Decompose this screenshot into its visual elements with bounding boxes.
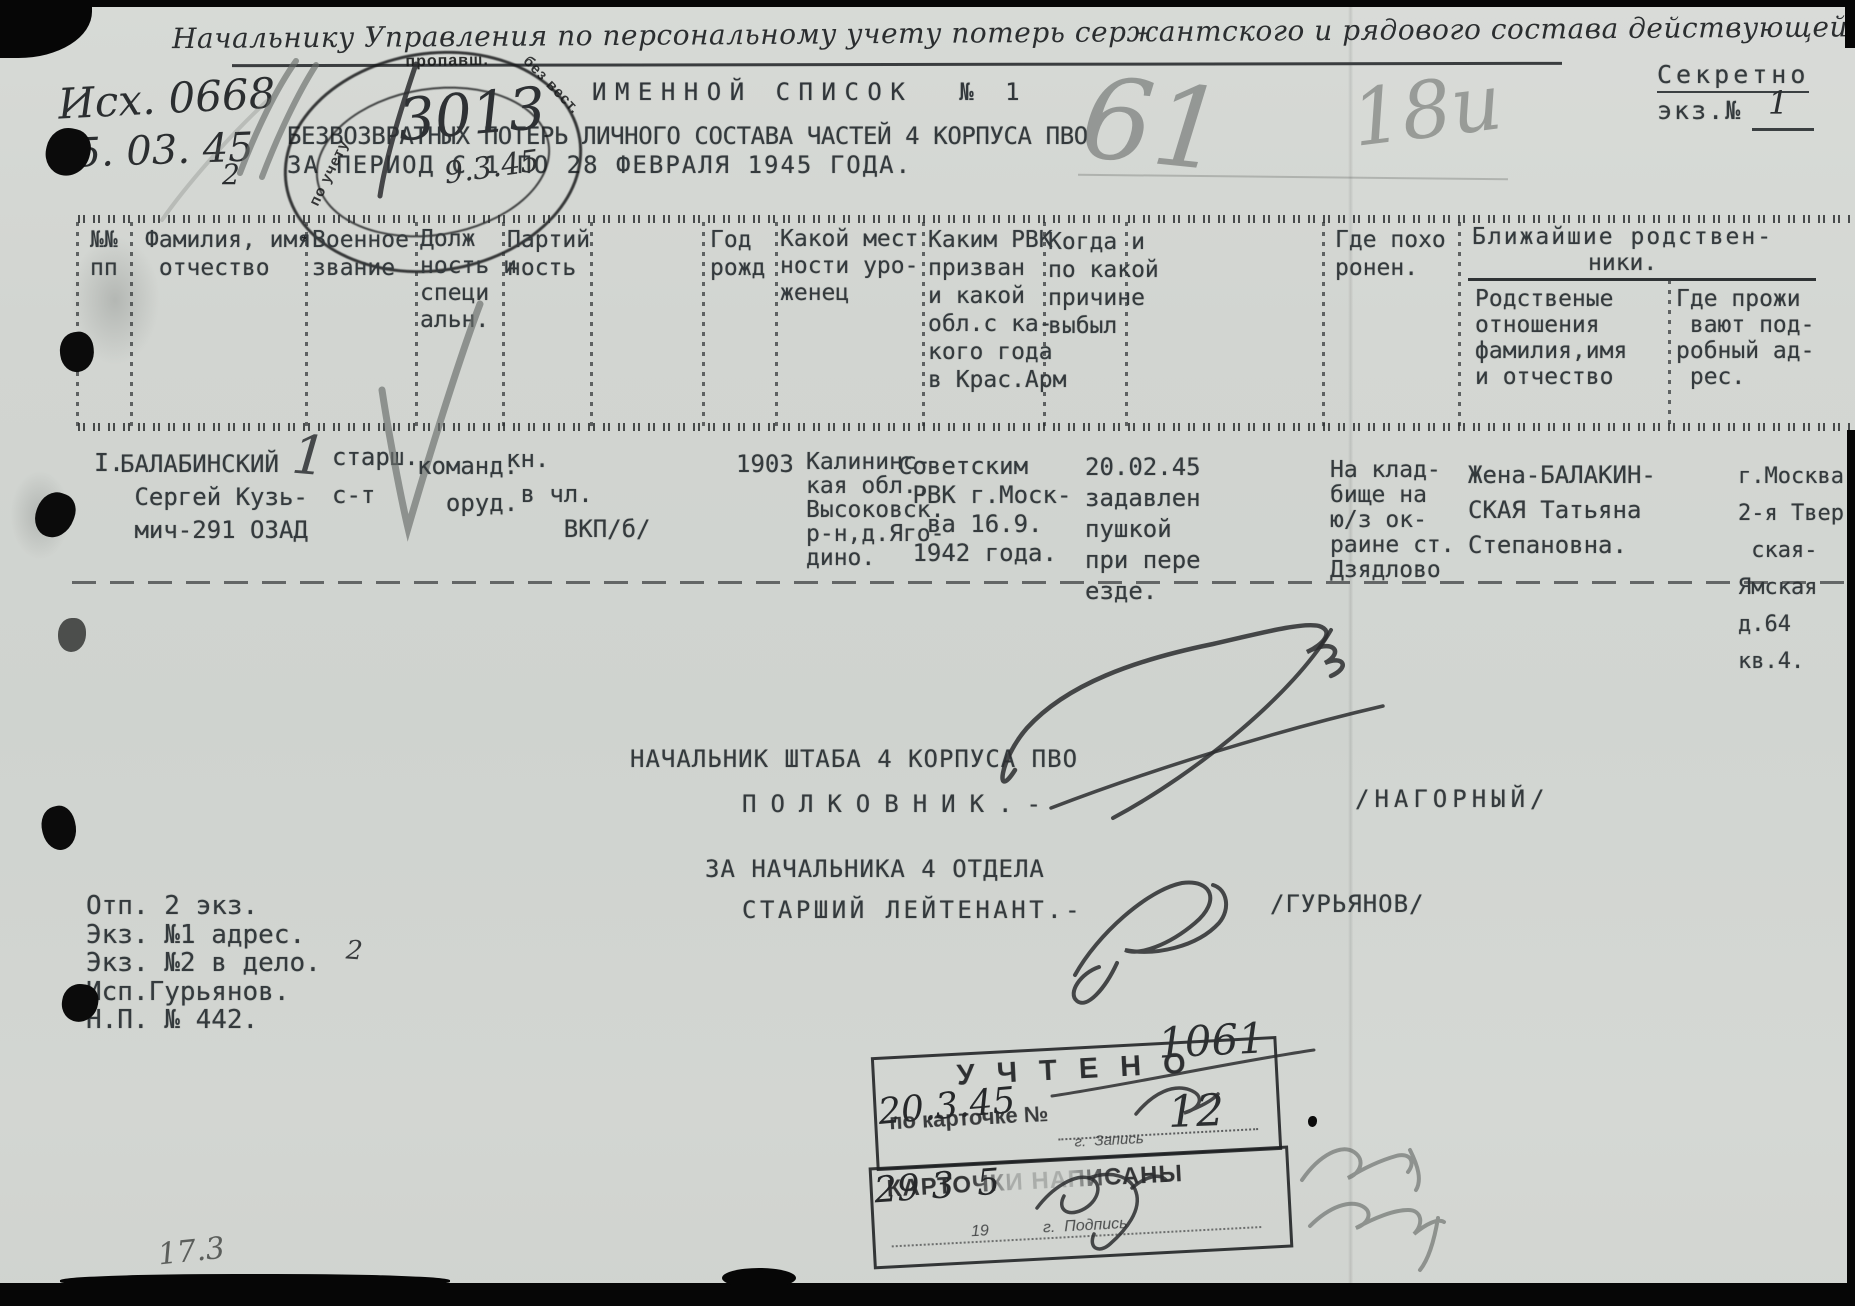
corner-pencil-number: 17.3: [156, 1231, 226, 1273]
cell-party: кн. в чл. ВКП/б/: [506, 442, 651, 547]
relatives-group-underline: [1468, 278, 1816, 281]
header-col-burial: Где похо ронен.: [1335, 226, 1446, 282]
table-border-bottom: [78, 423, 1850, 431]
entry-signature: [1128, 1076, 1223, 1131]
column-separator: [1322, 222, 1325, 428]
guryanov-signature: [1055, 855, 1265, 1020]
pencil-scribble: [1288, 1122, 1518, 1282]
header-col-relatives-group2: ники.: [1588, 250, 1657, 276]
header-col-drafted: Каким РВК призван и какой обл.с ка- кого…: [928, 226, 1066, 394]
cell-born: 1903: [736, 450, 794, 478]
header-col-fate: Когда и по какой причине выбыл: [1048, 228, 1159, 340]
punch-hole: [58, 618, 86, 652]
column-separator: [130, 222, 133, 428]
header-col-rank: Военное звание: [312, 226, 409, 282]
scan-edge-top: [0, 0, 1855, 7]
signature-name-2: /ГУРЬЯНОВ/: [1270, 890, 1425, 918]
column-separator: [702, 222, 705, 428]
header-col-party: Партий ность: [507, 226, 590, 282]
nagorny-signature: [985, 600, 1415, 830]
copy-number: 1: [1768, 84, 1788, 122]
cell-burial: На клад- бище на ю/з ок- раине ст. Дзядл…: [1330, 458, 1455, 583]
column-separator: [1458, 222, 1461, 428]
header-subcol-address: Где прожи вают под- робный ад- рес.: [1676, 286, 1814, 390]
column-separator: [922, 222, 925, 428]
copies-pencil-mark: 2: [345, 935, 364, 966]
header-col-num: №№ пп: [90, 226, 118, 282]
section-dashed-line: [72, 581, 1852, 584]
scan-edge-bump: [722, 1268, 796, 1288]
table-border-top: [78, 215, 1850, 223]
stamp-pen-stroke: [372, 58, 432, 208]
header-subcol-relation: Родственые отношения фамилия,имя и отчес…: [1475, 286, 1627, 390]
cell-drafted: Советским РВК г.Моск- ва 16.9. 1942 года…: [898, 452, 1071, 568]
column-separator: [775, 222, 778, 428]
copies-note: Отп. 2 экз. Экз. №1 адрес. Экз. №2 в дел…: [86, 892, 321, 1035]
header-col-born: Год рожд: [710, 226, 765, 282]
header-col-name: Фамилия, имя отчество: [145, 226, 311, 282]
cell-name: БАЛАБИНСКИЙ Сергей Кузь- мич-291 ОЗАД: [120, 448, 308, 547]
scan-corner-top-left: [0, 0, 92, 58]
copy-label: экз.№: [1657, 96, 1742, 125]
punch-hole: [37, 802, 81, 853]
column-separator: [76, 222, 79, 428]
cell-duty: команд. оруд.: [417, 448, 518, 522]
scan-edge-bottom-bulge: [60, 1274, 450, 1288]
pencil-arc: [150, 92, 280, 232]
copy-number-underline: [1752, 128, 1814, 131]
column-separator: [1668, 280, 1671, 428]
title-line1: ИМЕННОЙ СПИСОК № 1: [592, 78, 1028, 106]
cell-address: г.Москва 2-я Твер ская- Ямская д.64 кв.4…: [1738, 458, 1844, 680]
row-pencil-mark: 1: [289, 423, 329, 489]
column-separator: [590, 222, 593, 428]
scanned-document-page: Начальнику Управления по персональному у…: [0, 0, 1855, 1306]
signature-post-2: ЗА НАЧАЛЬНИКА 4 ОТДЕЛА: [705, 855, 1045, 883]
registry-date-2: 29 3 5: [873, 1162, 1002, 1212]
scan-corner-top-right: [1845, 0, 1855, 48]
cell-relative: Жена-БАЛАКИН- СКАЯ Татьяна Степановна.: [1468, 458, 1656, 563]
header-col-relatives-group: Ближайшие родствен-: [1472, 224, 1773, 250]
registry-year-label: 19: [971, 1222, 990, 1241]
cards-signature: [1022, 1146, 1182, 1271]
pencil-number-18: 18и: [1347, 57, 1506, 165]
header-col-origin: Какой мест ности уро- женец: [780, 226, 918, 307]
signature-rank-2: СТАРШИЙ ЛЕЙТЕНАНТ.-: [742, 896, 1083, 924]
scan-edge-right: [1847, 430, 1855, 1306]
